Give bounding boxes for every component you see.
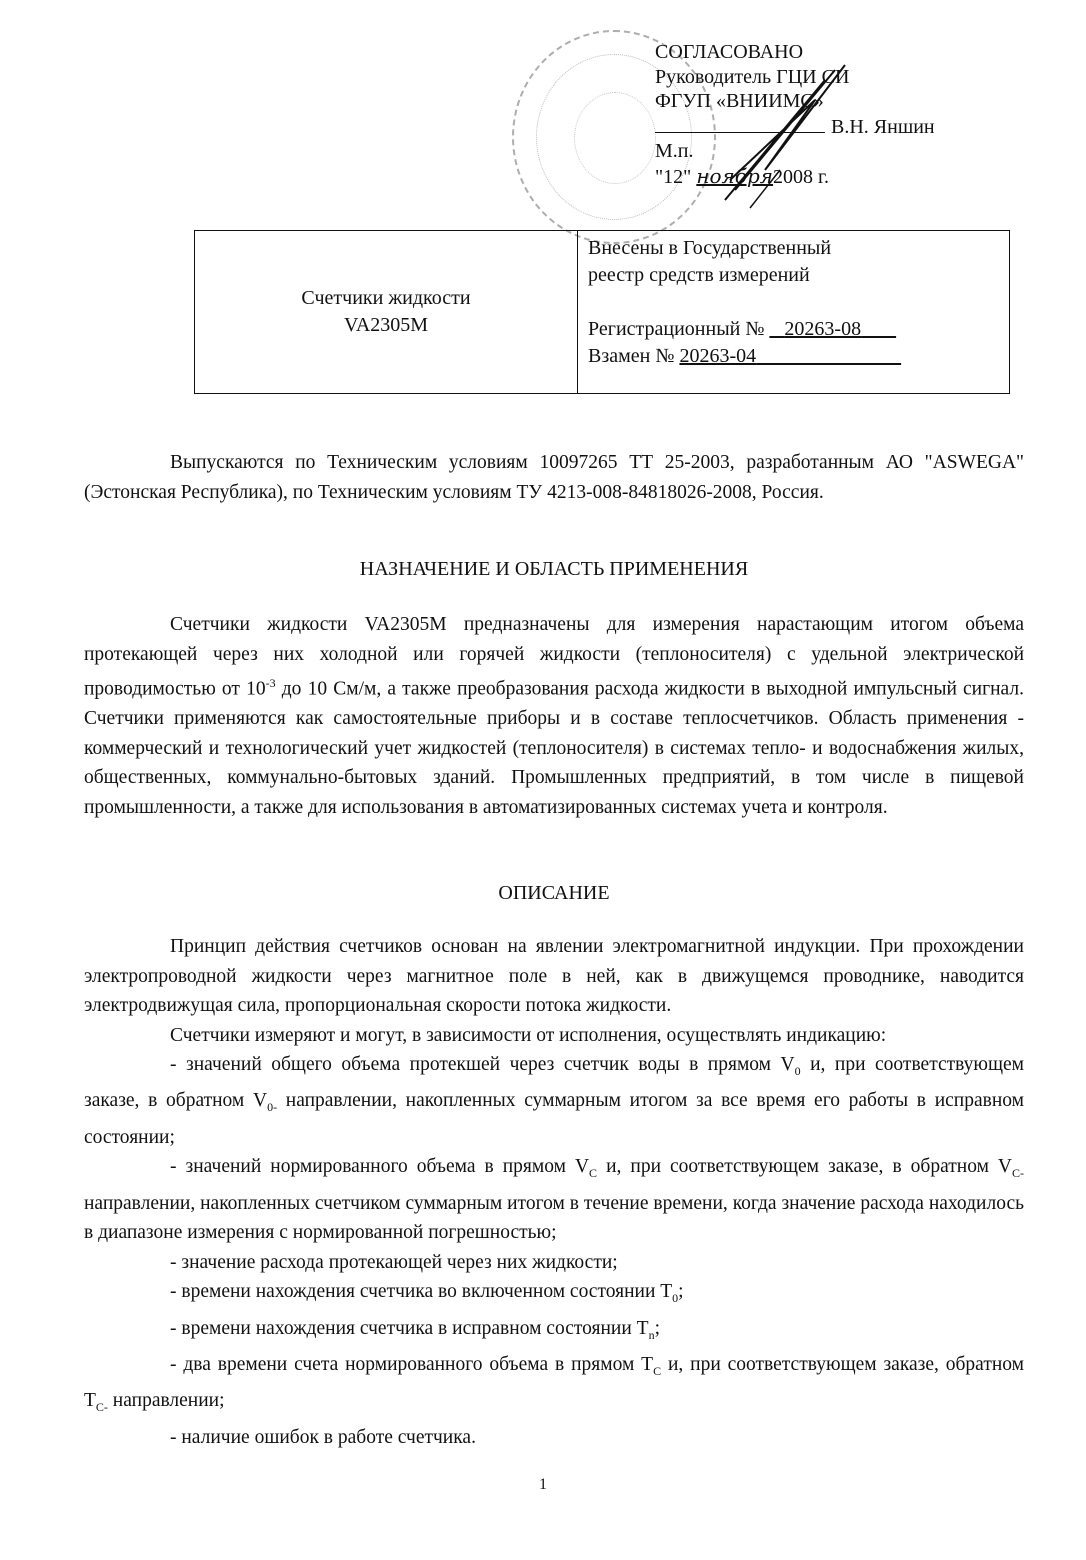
product-name: Счетчики жидкости — [301, 285, 470, 312]
product-cell: Счетчики жидкости VA2305M — [195, 231, 578, 393]
replace-number-label: Взамен № — [588, 345, 674, 367]
list-item-on-time: - времени нахождения счетчика во включен… — [84, 1277, 1024, 1313]
page-number: 1 — [0, 1476, 1086, 1494]
list-item-count-times: - два времени счета нормированного объем… — [84, 1350, 1024, 1423]
registry-cell: Внесены в Государственный реестр средств… — [578, 231, 1009, 393]
replace-number-value: 20263-04 — [679, 345, 901, 367]
list-item-total-volume: - значений общего объема протекшей через… — [84, 1050, 1024, 1152]
purpose-section: Счетчики жидкости VA2305M предназначены … — [84, 610, 1024, 822]
description-paragraph-indication: Счетчики измеряют и могут, в зависимости… — [84, 1021, 1024, 1051]
list-item-flow-rate: - значение расхода протекающей через них… — [84, 1248, 1024, 1278]
replacement-number-row: Взамен № 20263-04 — [588, 343, 1009, 370]
date-day: "12" — [655, 166, 691, 188]
purpose-paragraph: Счетчики жидкости VA2305M предназначены … — [84, 610, 1024, 822]
registration-number-row: Регистрационный № 20263-08 — [588, 316, 1009, 343]
reg-number-value: 20263-08 — [769, 318, 896, 340]
description-paragraph-principle: Принцип действия счетчиков основан на яв… — [84, 932, 1024, 1021]
registry-entered-line1: Внесены в Государственный — [588, 235, 1009, 262]
registry-entered-line2: реестр средств измерений — [588, 262, 1009, 289]
intro-paragraph: Выпускаются по Техническим условиям 1009… — [84, 448, 1024, 507]
intro-section: Выпускаются по Техническим условиям 1009… — [84, 448, 1024, 507]
handwritten-signature-icon — [705, 60, 865, 210]
reg-number-label: Регистрационный № — [588, 318, 764, 340]
product-model: VA2305M — [344, 312, 428, 339]
description-section: Принцип действия счетчиков основан на яв… — [84, 932, 1024, 1452]
list-item-errors: - наличие ошибок в работе счетчика. — [84, 1423, 1024, 1453]
description-heading: ОПИСАНИЕ — [84, 882, 1024, 905]
list-item-working-time: - времени нахождения счетчика в исправно… — [84, 1314, 1024, 1350]
list-item-normalized-volume: - значений нормированного объема в прямо… — [84, 1152, 1024, 1247]
registry-table: Счетчики жидкости VA2305M Внесены в Госу… — [194, 230, 1010, 394]
purpose-heading: НАЗНАЧЕНИЕ И ОБЛАСТЬ ПРИМЕНЕНИЯ — [84, 558, 1024, 581]
